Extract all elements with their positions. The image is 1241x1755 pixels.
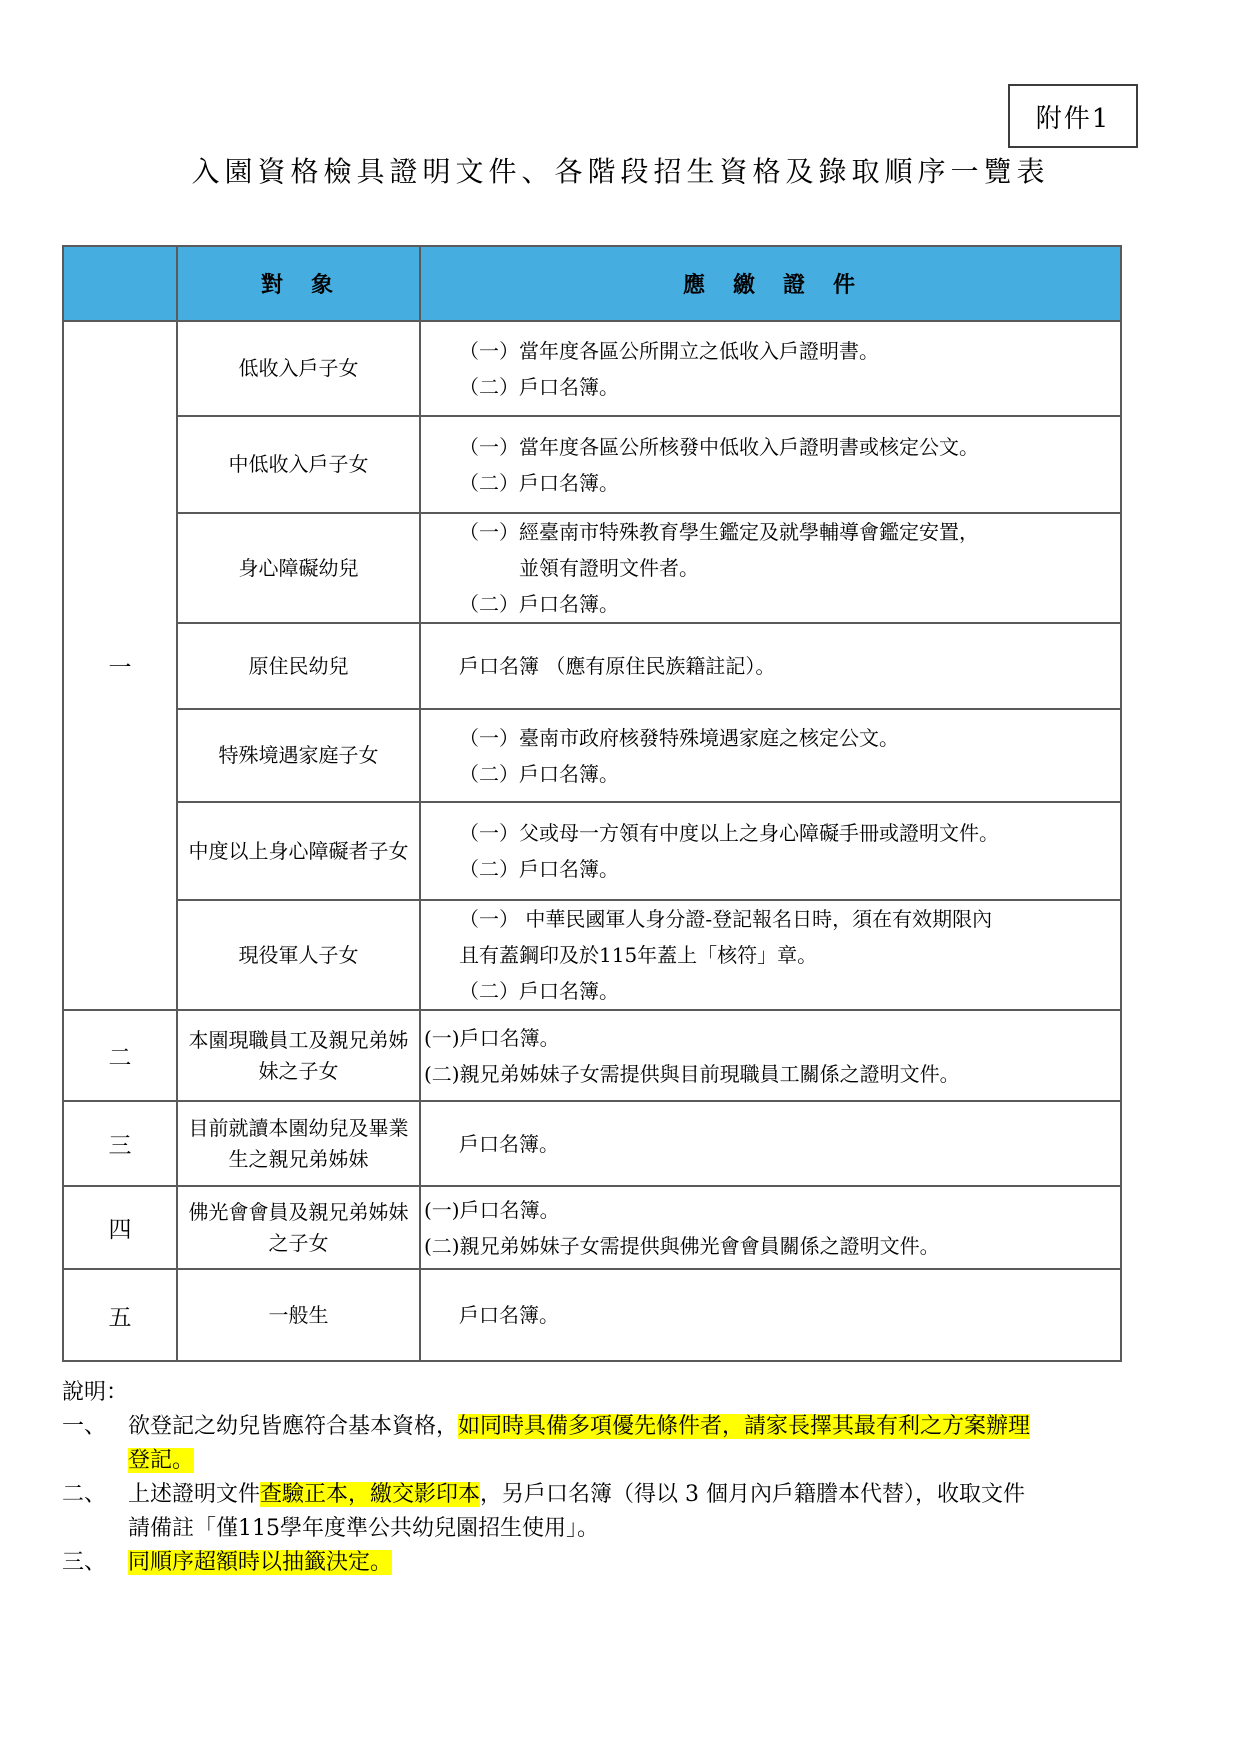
table-row: 現役軍人子女 （一） 中華民國軍人身分證-登記報名日時，須在有效期限內 且有蓋鋼… bbox=[63, 900, 1121, 1010]
target-cell: 目前就讀本園幼兒及畢業生之親兄弟姊妹 bbox=[177, 1101, 420, 1186]
notes-section: 說明： 一、 欲登記之幼兒皆應符合基本資格，如同時具備多項優先條件者，請家長擇其… bbox=[62, 1376, 1180, 1580]
table-row: 身心障礙幼兒 （一）經臺南市特殊教育學生鑑定及就學輔導會鑑定安置， 並領有證明文… bbox=[63, 513, 1121, 623]
target-cell: 佛光會會員及親兄弟姊妹之子女 bbox=[177, 1186, 420, 1269]
documents-cell: （一）臺南市政府核發特殊境遇家庭之核定公文。 （二）戶口名簿。 bbox=[420, 709, 1121, 802]
doc-line: （一）臺南市政府核發特殊境遇家庭之核定公文。 bbox=[421, 720, 1120, 756]
documents-cell: 戶口名簿 （應有原住民族籍註記）。 bbox=[420, 623, 1121, 709]
documents-cell: （一）當年度各區公所核發中低收入戶證明書或核定公文。 （二）戶口名簿。 bbox=[420, 416, 1121, 513]
doc-line: （一） 中華民國軍人身分證-登記報名日時，須在有效期限內 bbox=[421, 901, 1120, 937]
group-number-cell: 五 bbox=[63, 1269, 177, 1361]
target-cell: 中低收入戶子女 bbox=[177, 416, 420, 513]
table-row: 四 佛光會會員及親兄弟姊妹之子女 (一)戶口名簿。 (二)親兄弟姊妹子女需提供與… bbox=[63, 1186, 1121, 1269]
group-number-cell: 四 bbox=[63, 1186, 177, 1269]
note-text: 請備註「僅115學年度準公共幼兒園招生使用」。 bbox=[128, 1516, 599, 1541]
header-documents-cell: 應 繳 證 件 bbox=[420, 246, 1121, 321]
highlighted-text: 如同時具備多項優先條件者，請家長擇其最有利之方案辦理 bbox=[458, 1414, 1030, 1439]
note-text: ，另戶口名簿（得以 3 個月內戶籍謄本代替），收取文件 bbox=[480, 1482, 1025, 1507]
documents-cell: （一）經臺南市特殊教育學生鑑定及就學輔導會鑑定安置， 並領有證明文件者。 （二）… bbox=[420, 513, 1121, 623]
documents-cell: （一） 中華民國軍人身分證-登記報名日時，須在有效期限內 且有蓋鋼印及於115年… bbox=[420, 900, 1121, 1010]
documents-cell: （一）父或母一方領有中度以上之身心障礙手冊或證明文件。 （二）戶口名簿。 bbox=[420, 802, 1121, 900]
target-cell: 原住民幼兒 bbox=[177, 623, 420, 709]
table-row: 一 低收入戶子女 （一）當年度各區公所開立之低收入戶證明書。 （二）戶口名簿。 bbox=[63, 321, 1121, 416]
note-line: 請備註「僅115學年度準公共幼兒園招生使用」。 bbox=[128, 1512, 1180, 1546]
doc-line: （一）當年度各區公所核發中低收入戶證明書或核定公文。 bbox=[421, 429, 1120, 465]
note-item: 三、 同順序超額時以抽籤決定。 bbox=[62, 1546, 1180, 1580]
qualification-table: 對 象 應 繳 證 件 一 低收入戶子女 （一）當年度各區公所開立之低收入戶證明… bbox=[62, 245, 1122, 1362]
documents-cell: （一）當年度各區公所開立之低收入戶證明書。 （二）戶口名簿。 bbox=[420, 321, 1121, 416]
note-item: 一、 欲登記之幼兒皆應符合基本資格，如同時具備多項優先條件者，請家長擇其最有利之… bbox=[62, 1410, 1180, 1478]
note-text: 欲登記之幼兒皆應符合基本資格， bbox=[128, 1414, 458, 1439]
doc-line: 戶口名簿。 bbox=[421, 1126, 1120, 1162]
doc-line: （一）父或母一方領有中度以上之身心障礙手冊或證明文件。 bbox=[421, 815, 1120, 851]
header-group-cell bbox=[63, 246, 177, 321]
doc-line: 戶口名簿 （應有原住民族籍註記）。 bbox=[421, 648, 1120, 684]
note-text: 上述證明文件 bbox=[128, 1482, 260, 1507]
doc-line: 戶口名簿。 bbox=[421, 1297, 1120, 1333]
doc-line: （二）戶口名簿。 bbox=[421, 369, 1120, 405]
doc-line: （二）戶口名簿。 bbox=[421, 465, 1120, 501]
target-cell: 低收入戶子女 bbox=[177, 321, 420, 416]
target-cell: 一般生 bbox=[177, 1269, 420, 1361]
table-row: 原住民幼兒 戶口名簿 （應有原住民族籍註記）。 bbox=[63, 623, 1121, 709]
note-line: 同順序超額時以抽籤決定。 bbox=[128, 1546, 1180, 1580]
doc-line: （一）當年度各區公所開立之低收入戶證明書。 bbox=[421, 333, 1120, 369]
page-title: 入園資格檢具證明文件、各階段招生資格及錄取順序一覽表 bbox=[0, 150, 1241, 190]
attachment-label-box: 附件1 bbox=[1008, 84, 1138, 148]
target-cell: 現役軍人子女 bbox=[177, 900, 420, 1010]
notes-label: 說明： bbox=[62, 1376, 1180, 1410]
documents-cell: (一)戶口名簿。 (二)親兄弟姊妹子女需提供與目前現職員工關係之證明文件。 bbox=[420, 1010, 1121, 1101]
group-number-cell: 一 bbox=[63, 321, 177, 1010]
note-line: 欲登記之幼兒皆應符合基本資格，如同時具備多項優先條件者，請家長擇其最有利之方案辦… bbox=[128, 1410, 1180, 1444]
note-body: 上述證明文件查驗正本，繳交影印本，另戶口名簿（得以 3 個月內戶籍謄本代替），收… bbox=[128, 1478, 1180, 1546]
note-body: 欲登記之幼兒皆應符合基本資格，如同時具備多項優先條件者，請家長擇其最有利之方案辦… bbox=[128, 1410, 1180, 1478]
doc-line: 且有蓋鋼印及於115年蓋上「核符」章。 bbox=[421, 937, 1120, 973]
doc-line: （一）經臺南市特殊教育學生鑑定及就學輔導會鑑定安置， bbox=[421, 514, 1120, 550]
doc-line: (一)戶口名簿。 bbox=[421, 1020, 1120, 1056]
doc-line: (二)親兄弟姊妹子女需提供與目前現職員工關係之證明文件。 bbox=[421, 1056, 1120, 1092]
table-row: 五 一般生 戶口名簿。 bbox=[63, 1269, 1121, 1361]
target-cell: 本園現職員工及親兄弟姊妹之子女 bbox=[177, 1010, 420, 1101]
target-cell: 身心障礙幼兒 bbox=[177, 513, 420, 623]
note-item: 二、 上述證明文件查驗正本，繳交影印本，另戶口名簿（得以 3 個月內戶籍謄本代替… bbox=[62, 1478, 1180, 1546]
table-row: 中度以上身心障礙者子女 （一）父或母一方領有中度以上之身心障礙手冊或證明文件。 … bbox=[63, 802, 1121, 900]
doc-line: (一)戶口名簿。 bbox=[421, 1192, 1120, 1228]
doc-line: (二)親兄弟姊妹子女需提供與佛光會會員關係之證明文件。 bbox=[421, 1228, 1120, 1264]
note-line: 上述證明文件查驗正本，繳交影印本，另戶口名簿（得以 3 個月內戶籍謄本代替），收… bbox=[128, 1478, 1180, 1512]
highlighted-text: 同順序超額時以抽籤決定。 bbox=[128, 1550, 392, 1575]
attachment-label: 附件1 bbox=[1036, 98, 1111, 135]
documents-cell: 戶口名簿。 bbox=[420, 1101, 1121, 1186]
group-number-cell: 三 bbox=[63, 1101, 177, 1186]
documents-cell: 戶口名簿。 bbox=[420, 1269, 1121, 1361]
note-body: 同順序超額時以抽籤決定。 bbox=[128, 1546, 1180, 1580]
highlighted-text: 登記。 bbox=[128, 1448, 194, 1473]
doc-line: （二）戶口名簿。 bbox=[421, 973, 1120, 1009]
documents-cell: (一)戶口名簿。 (二)親兄弟姊妹子女需提供與佛光會會員關係之證明文件。 bbox=[420, 1186, 1121, 1269]
table-row: 中低收入戶子女 （一）當年度各區公所核發中低收入戶證明書或核定公文。 （二）戶口… bbox=[63, 416, 1121, 513]
table-header-row: 對 象 應 繳 證 件 bbox=[63, 246, 1121, 321]
header-target-cell: 對 象 bbox=[177, 246, 420, 321]
target-cell: 特殊境遇家庭子女 bbox=[177, 709, 420, 802]
doc-line: 並領有證明文件者。 bbox=[421, 550, 1120, 586]
document-page: 附件1 入園資格檢具證明文件、各階段招生資格及錄取順序一覽表 對 象 應 繳 證… bbox=[0, 0, 1241, 1755]
group-number-cell: 二 bbox=[63, 1010, 177, 1101]
table-row: 特殊境遇家庭子女 （一）臺南市政府核發特殊境遇家庭之核定公文。 （二）戶口名簿。 bbox=[63, 709, 1121, 802]
doc-line: （二）戶口名簿。 bbox=[421, 851, 1120, 887]
table-row: 二 本園現職員工及親兄弟姊妹之子女 (一)戶口名簿。 (二)親兄弟姊妹子女需提供… bbox=[63, 1010, 1121, 1101]
highlighted-text: 查驗正本，繳交影印本 bbox=[260, 1482, 480, 1507]
note-marker: 三、 bbox=[62, 1546, 128, 1580]
doc-line: （二）戶口名簿。 bbox=[421, 586, 1120, 622]
table-row: 三 目前就讀本園幼兒及畢業生之親兄弟姊妹 戶口名簿。 bbox=[63, 1101, 1121, 1186]
note-marker: 二、 bbox=[62, 1478, 128, 1512]
doc-line: （二）戶口名簿。 bbox=[421, 756, 1120, 792]
note-marker: 一、 bbox=[62, 1410, 128, 1444]
note-line: 登記。 bbox=[128, 1444, 1180, 1478]
target-cell: 中度以上身心障礙者子女 bbox=[177, 802, 420, 900]
